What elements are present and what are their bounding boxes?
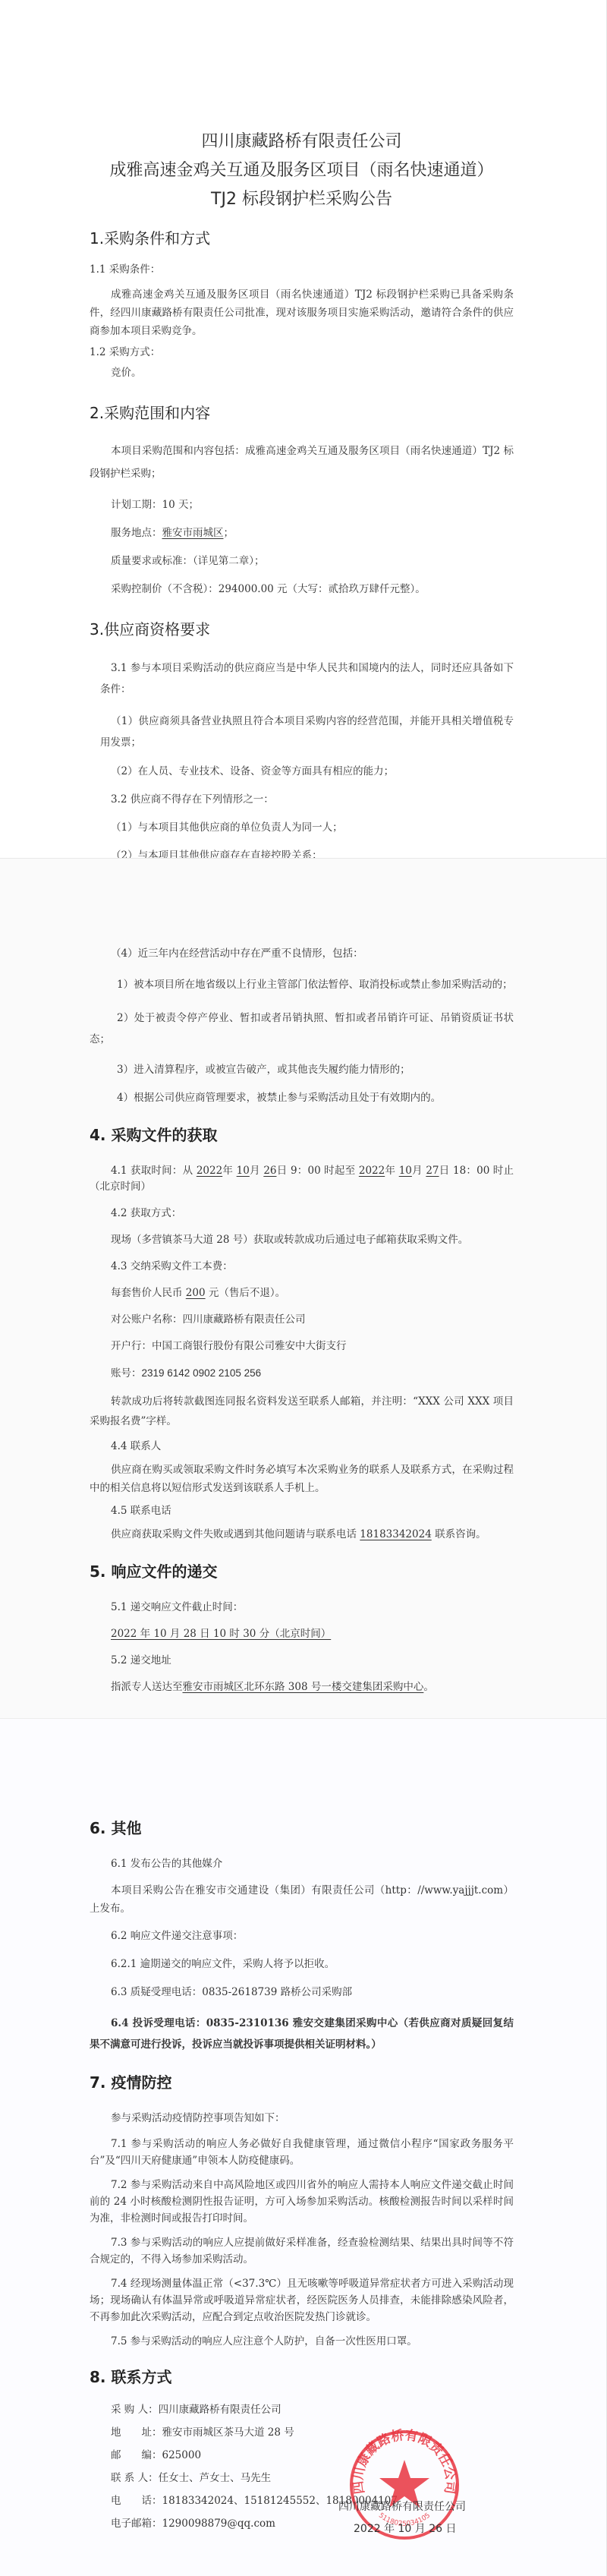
- s4-5-text: 供应商获取采购文件失败或遇到其他问题请与联系电话 18183342024 联系咨…: [90, 1527, 514, 1543]
- contact-value: 1290098879@qq.com: [162, 2518, 275, 2530]
- contact-label: 采 购 人：: [111, 2404, 159, 2416]
- section-4-heading: 4. 采购文件的获取: [90, 1123, 514, 1145]
- section-2: 2.采购范围和内容 本项目采购范围和内容包括：成雅高速金鸡关互通及服务区项目（雨…: [90, 401, 514, 597]
- s4-4-text: 供应商在购买或领取采购文件时务必填写本次采购业务的联系人及联系方式，在采购过程中…: [90, 1461, 514, 1497]
- s3-2-4-item-3: 3）进入清算程序，或被宣告破产，或其他丧失履约能力情形的；: [90, 1062, 514, 1078]
- s6-1-text: 本项目采购公告在雅安市交通建设（集团）有限责任公司（http：//www.yaj…: [90, 1881, 514, 1918]
- s4-5-prefix: 供应商获取采购文件失败或遇到其他问题请与联系电话: [111, 1528, 360, 1540]
- s5-1-deadline: 2022 年 10 月 28 日 10 时 30 分（北京时间）: [90, 1626, 514, 1642]
- s6-1-label: 6.1 发布公告的其他媒介: [90, 1856, 514, 1872]
- section-5: 5. 响应文件的递交 5.1 递交响应文件截止时间： 2022 年 10 月 2…: [90, 1559, 514, 1695]
- section-3: 3.供应商资格要求 3.1 参与本项目采购活动的供应商应当是中华人民共和国境内的…: [90, 617, 514, 892]
- s4-1-prefix: 4.1 获取时间：从: [111, 1165, 197, 1177]
- s5-1-label: 5.1 递交响应文件截止时间：: [90, 1600, 514, 1616]
- s7-item-2: 7.2 参与采购活动来自中高风险地区或四川省外的响应人需持本人响应文件递交截止时…: [90, 2177, 514, 2227]
- s3-1-item-1: （1）供应商须具备营业执照且符合本项目采购内容的经营范围，并能开具相关增值税专用…: [90, 711, 514, 753]
- contact-label: 电子邮箱：: [111, 2518, 162, 2530]
- s7-item-3: 7.3 参与采购活动的响应人应提前做好采样准备，经查验检测结果、结果出具时间等不…: [90, 2234, 514, 2268]
- section-7: 7. 疫情防控 参与采购活动疫情防控事项告知如下： 7.1 参与采购活动的响应人…: [90, 2070, 514, 2350]
- s2-schedule-value: 10 天；: [162, 499, 199, 511]
- s4-account-name: 对公账户名称：四川康藏路桥有限责任公司: [90, 1312, 514, 1328]
- title-project: 成雅高速金鸡关互通及服务区项目（雨名快速通道）: [90, 156, 514, 185]
- s7-intro: 参与采购活动疫情防控事项告知如下：: [90, 2111, 514, 2127]
- s1-1-label: 1.1 采购条件：: [90, 262, 514, 278]
- s2-intro: 本项目采购范围和内容包括：成雅高速金鸡关互通及服务区项目（雨名快速通道）TJ2 …: [90, 440, 514, 485]
- s4-1-start-time: 日 9：00 时起至: [277, 1165, 359, 1177]
- contact-label: 邮 编：: [111, 2449, 162, 2461]
- s5-1-deadline-value: 2022 年 10 月 28 日 10 时 30 分（北京时间）: [111, 1628, 331, 1640]
- s2-location-label: 服务地点：: [111, 527, 162, 539]
- s3-1-text: 3.1 参与本项目采购活动的供应商应当是中华人民共和国境内的法人，同时还应具备如…: [90, 657, 514, 700]
- s4-1-start-year: 2022: [197, 1165, 222, 1177]
- s7-item-5: 7.5 参与采购活动的响应人应注意个人防护，自备一次性医用口罩。: [90, 2333, 514, 2350]
- document-page-1: 四川康藏路桥有限责任公司 成雅高速金鸡关互通及服务区项目（雨名快速通道） TJ2…: [0, 0, 607, 858]
- s4-1-time: 4.1 获取时间：从 2022年 10月 26日 9：00 时起至 2022年 …: [90, 1163, 514, 1195]
- section-6: 6. 其他 6.1 发布公告的其他媒介 本项目采购公告在雅安市交通建设（集团）有…: [90, 1816, 514, 2055]
- s4-5-suffix: 联系咨询。: [432, 1528, 486, 1540]
- section-7-heading: 7. 疫情防控: [90, 2070, 514, 2092]
- s3-2-text: 3.2 供应商不得存在下列情形之一：: [90, 792, 514, 808]
- s5-2-prefix: 指派专人送达至: [111, 1681, 183, 1693]
- title-company: 四川康藏路桥有限责任公司: [90, 128, 514, 156]
- fee-suffix: 元（售后不退）。: [206, 1287, 286, 1299]
- s4-4-label: 4.4 联系人: [90, 1439, 514, 1455]
- s6-2-1: 6.2.1 逾期递交的响应文件，采购人将予以拒收。: [90, 1956, 514, 1972]
- contact-label: 电 话：: [111, 2495, 162, 2507]
- s7-item-1: 7.1 参与采购活动的响应人务必做好自我健康管理，通过微信小程序“国家政务服务平…: [90, 2136, 514, 2169]
- s4-account-no: 账号：2319 6142 0902 2105 256: [90, 1365, 514, 1381]
- s2-schedule-label: 计划工期：: [111, 499, 162, 511]
- s4-1-end-year: 2022: [359, 1165, 385, 1177]
- s4-1-start-day: 26: [263, 1165, 276, 1177]
- contact-value: 四川康藏路桥有限责任公司: [159, 2404, 281, 2416]
- section-2-heading: 2.采购范围和内容: [90, 401, 514, 423]
- section-5-heading: 5. 响应文件的递交: [90, 1559, 514, 1581]
- s1-2-text: 竞价。: [90, 365, 514, 381]
- contact-purchaser: 采 购 人：四川康藏路桥有限责任公司: [90, 2402, 514, 2418]
- s2-location: 服务地点：雅安市雨城区；: [90, 525, 514, 541]
- s4-5-phone: 18183342024: [360, 1528, 431, 1540]
- s6-2-label: 6.2 响应文件递交注意事项：: [90, 1928, 514, 1944]
- fee-prefix: 每套售价人民币: [111, 1287, 186, 1299]
- section-1-heading: 1.采购条件和方式: [90, 226, 514, 248]
- fee-amount: 200: [186, 1287, 206, 1299]
- s2-location-value: 雅安市雨城区: [162, 527, 224, 539]
- s4-2-label: 4.2 获取方式：: [90, 1206, 514, 1222]
- s5-2-suffix: 。: [423, 1681, 434, 1693]
- s1-2-label: 1.2 采购方式：: [90, 345, 514, 361]
- s1-1-text: 成雅高速金鸡关互通及服务区项目（雨名快速通道）TJ2 标段钢护栏采购已具备采购条…: [90, 285, 514, 340]
- s3-2-item-4: （4）近三年内在经营活动中存在严重不良情形，包括：: [90, 946, 514, 962]
- s6-4: 6.4 投诉受理电话：0835-2310136 雅安交建集团采购中心（若供应商对…: [90, 2013, 514, 2055]
- s7-item-4: 7.4 经现场测量体温正常（<37.3℃）且无咳嗽等呼吸道异常症状者方可进入采购…: [90, 2275, 514, 2325]
- contact-value: 任女士、芦女士、马先生: [159, 2472, 272, 2484]
- s4-bank: 开户行：中国工商银行股份有限公司雅安中大街支行: [90, 1338, 514, 1354]
- contact-label: 地 址：: [111, 2426, 162, 2439]
- title-tender: TJ2 标段钢护栏采购公告: [90, 185, 514, 214]
- s2-location-suffix: ；: [224, 527, 234, 539]
- section-1: 1.采购条件和方式 1.1 采购条件： 成雅高速金鸡关互通及服务区项目（雨名快速…: [90, 226, 514, 381]
- s5-2-text: 指派专人送达至雅安市雨城区北环东路 308 号一楼交建集团采购中心。: [90, 1679, 514, 1695]
- s5-2-label: 5.2 递交地址: [90, 1653, 514, 1669]
- s4-3-fee: 每套售价人民币 200 元（售后不退）。: [90, 1285, 514, 1301]
- document-title: 四川康藏路桥有限责任公司 成雅高速金鸡关互通及服务区项目（雨名快速通道） TJ2…: [90, 128, 514, 214]
- contact-value: 雅安市雨城区茶马大道 28 号: [162, 2426, 294, 2439]
- section-3-heading: 3.供应商资格要求: [90, 617, 514, 639]
- s3-2-4-item-4: 4）根据公司供应商管理要求，被禁止参与采购活动且处于有效期内的。: [90, 1090, 514, 1106]
- s3-2-4-item-2: 2）处于被责令停产停业、暂扣或者吊销执照、暂扣或者吊销许可证、吊销资质证书状态；: [90, 1007, 514, 1050]
- s3-2-4-item-1: 1）被本项目所在地省级以上行业主管部门依法暂停、取消投标或禁止参加采购活动的；: [90, 974, 514, 995]
- s5-2-address: 雅安市雨城区北环东路 308 号一楼交建集团采购中心: [183, 1681, 424, 1693]
- s4-1-start-month: 10: [237, 1165, 250, 1177]
- s3-2-item-1: （1）与本项目其他供应商的单位负责人为同一人；: [90, 820, 514, 836]
- s2-control-price: 采购控制价（不含税）：294000.00 元（大写：贰拾玖万肆仟元整）。: [90, 582, 514, 597]
- signature-company: 四川康藏路桥有限责任公司: [338, 2499, 466, 2514]
- contact-value: 625000: [162, 2449, 202, 2461]
- contact-label: 联 系 人：: [111, 2472, 159, 2484]
- document-page-3: 6. 其他 6.1 发布公告的其他媒介 本项目采购公告在雅安市交通建设（集团）有…: [0, 1718, 607, 2576]
- s4-1-end-day: 27: [426, 1165, 439, 1177]
- s2-schedule: 计划工期：10 天；: [90, 497, 514, 513]
- s4-3-label: 4.3 交纳采购文件工本费：: [90, 1259, 514, 1275]
- section-6-heading: 6. 其他: [90, 1816, 514, 1838]
- document-page-2: （4）近三年内在经营活动中存在严重不良情形，包括： 1）被本项目所在地省级以上行…: [0, 858, 607, 1718]
- s4-transfer-note: 转款成功后将转款截图连同报名资料发送至联系人邮箱，并注明：“XXX 公司 XXX…: [90, 1392, 514, 1431]
- section-4: 4. 采购文件的获取 4.1 获取时间：从 2022年 10月 26日 9：00…: [90, 1123, 514, 1543]
- s4-1-end-month: 10: [399, 1165, 412, 1177]
- s4-2-text: 现场（多营镇茶马大道 28 号）获取或转款成功后通过电子邮箱获取采购文件。: [90, 1232, 514, 1248]
- s3-1-item-2: （2）在人员、专业技术、设备、资金等方面具有相应的能力；: [90, 764, 514, 780]
- s6-3: 6.3 质疑受理电话：0835-2618739 路桥公司采购部: [90, 1985, 514, 2001]
- s4-5-label: 4.5 联系电话: [90, 1503, 514, 1519]
- signature-date: 2022 年 10 月 26 日: [354, 2521, 457, 2536]
- section-8-heading: 8. 联系方式: [90, 2365, 514, 2387]
- s2-quality: 质量要求或标准：（详见第二章）；: [90, 553, 514, 569]
